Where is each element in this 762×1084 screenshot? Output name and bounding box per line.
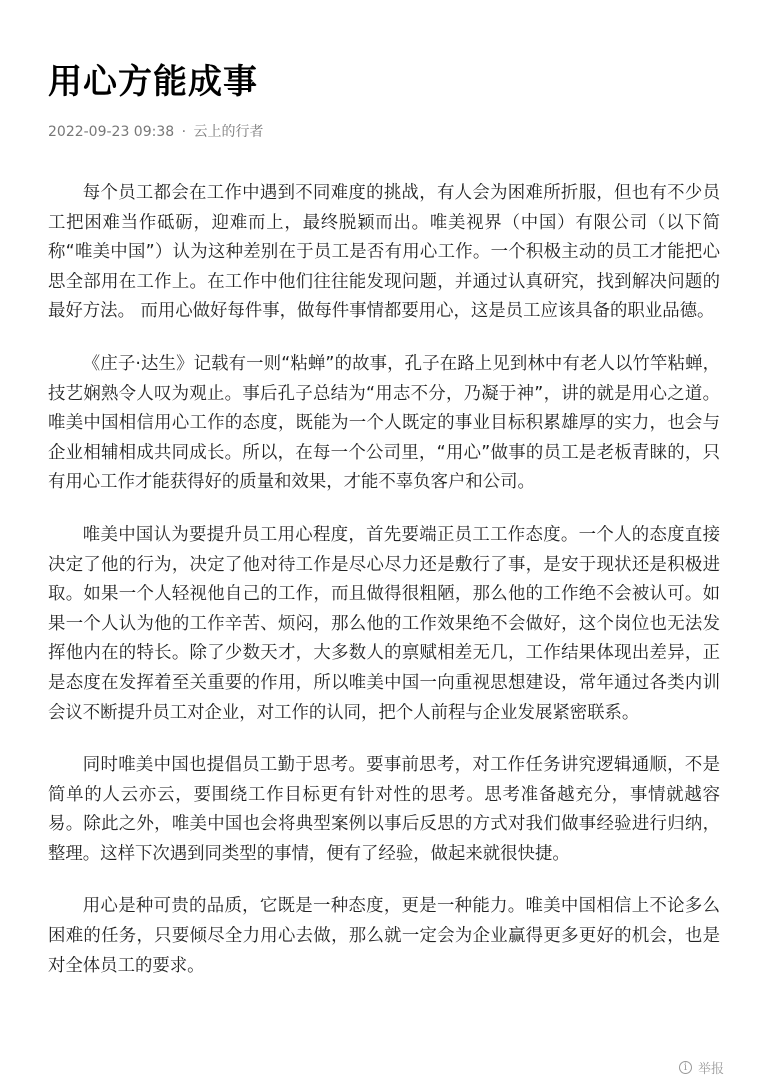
meta-separator: ·: [182, 124, 186, 140]
author-name[interactable]: 云上的行者: [194, 124, 264, 140]
info-circle-icon: i: [679, 1061, 692, 1074]
report-button[interactable]: i 举报: [679, 1058, 724, 1077]
paragraph-5: 用心是种可贵的品质，它既是一种态度，更是一种能力。唯美中国相信上不论多么困难的任…: [48, 892, 720, 981]
paragraph-1: 每个员工都会在工作中遇到不同难度的挑战，有人会为困难所折服，但也有不少员工把困难…: [48, 179, 720, 327]
paragraph-3: 唯美中国认为要提升员工用心程度，首先要端正员工工作态度。一个人的态度直接决定了他…: [48, 521, 720, 728]
article-meta: 2022-09-23 09:38 · 云上的行者: [48, 122, 264, 142]
paragraph-4: 同时唯美中国也提倡员工勤于思考。要事前思考，对工作任务讲究逻辑通顺，不是简单的人…: [48, 751, 720, 869]
paragraph-2: 《庄子·达生》记载有一则“粘蝉”的故事，孔子在路上见到林中有老人以竹竿粘蝉，技艺…: [48, 350, 720, 498]
report-label: 举报: [698, 1058, 724, 1077]
article-title: 用心方能成事: [48, 58, 258, 106]
article-body: 每个员工都会在工作中遇到不同难度的挑战，有人会为困难所折服，但也有不少员工把困难…: [48, 179, 720, 1004]
publish-date: 2022-09-23 09:38: [48, 124, 174, 140]
